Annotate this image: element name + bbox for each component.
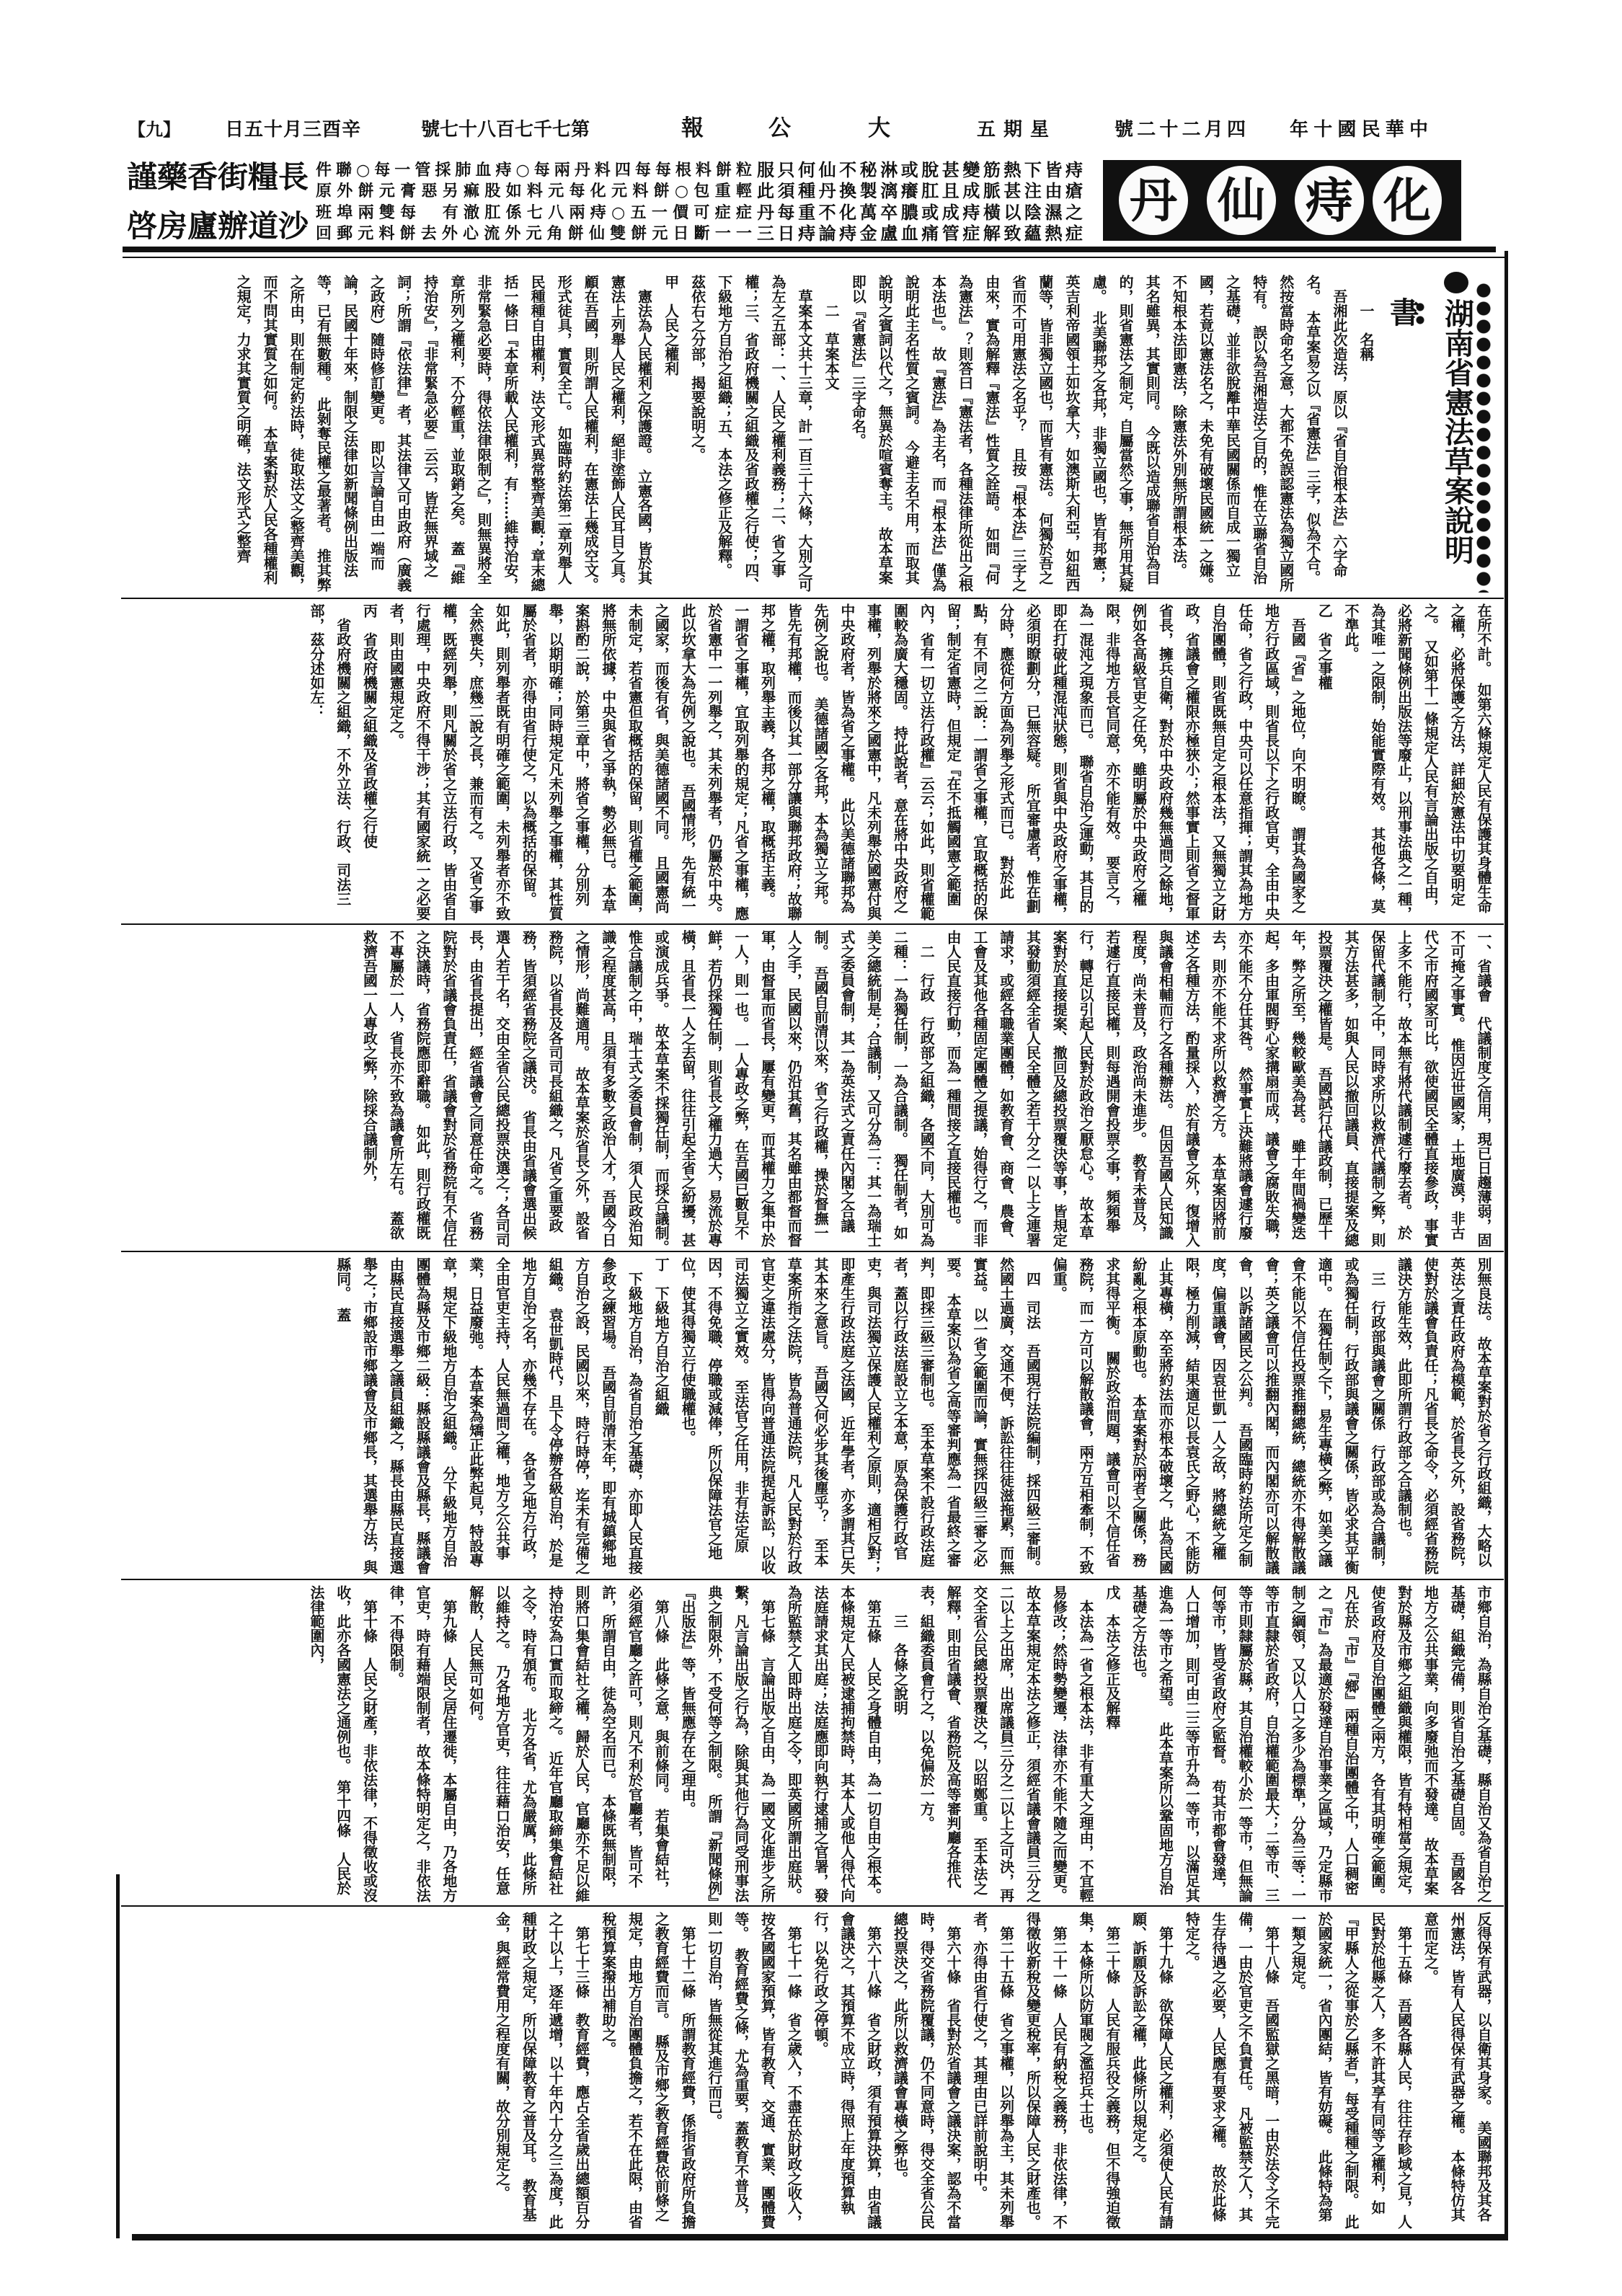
article-paragraph: 市鄉自治，為縣自治之基礎，縣自治又為省自治之基礎，組織完備，則省自治之基礎自固。… [1125,1585,1497,1905]
article-paragraph: 本法為一省之根本法，非有重大之理由，不宜輕易修改；然時勢變遷，法律亦不能不隨之而… [913,1585,1099,1905]
ad-copy-row: 瘡由注甚脈成且肛癢漓製換丹種須此 [757,181,1083,201]
article-paragraph: 第七十三條 教育經費，應占全省歲出總額百分之十以上，逐年遞增，以十年內十分之三為… [489,1912,595,2232]
ad-price-row: 症症可價一五○痔兩八七係肛澈有 每雙兩埠班 [316,203,752,223]
section-heading: 二 草案本文 [817,275,844,595]
article-paragraph: 第二十條 人民有服兵役之義務，但不得強迫徵集，本條所以防軍閥之濫招兵士也。 [1072,1912,1125,2232]
ad-price-row: 粒餅料根每每四料丹兩每○痔血肺採管一每○聯件 [316,160,752,180]
article-paragraph: 憲法為人民權利之保護證。 立憲各國，皆於其憲法上列舉人民之權利，絕非塗飾人民耳目… [229,275,657,595]
masthead-date-gregorian: 中華民國十年 [1290,118,1428,141]
section-heading: 一 名稱 [1352,275,1379,595]
article-paragraph: 第五條 人民之身體自由，為一切自由之根本。 本條規定人民被逮捕拘禁時，其本人或他… [780,1585,886,1905]
ad-bottom-thin-rule [123,257,1505,258]
masthead-month-day: 四月二十二號 [1114,118,1246,141]
title-ornament-dot [1444,272,1468,293]
tier-divider [121,1905,1504,1907]
article-tier-3: 一、省議會 代議制度之信用，現已日趨薄弱，固不可掩之事實。 惟因近世國家，土地廣… [118,930,1497,1250]
title-dot-ornament [1476,283,1492,593]
ad-title-char: 丹 [1119,166,1188,235]
article-paragraph: 第七十一條 省之歲入，不盡在於財政之收入，按各國國家預算，皆有教育、交通、實業、… [701,1912,807,2232]
ad-title-char: 痔 [1295,166,1364,235]
tier-divider [121,598,1504,599]
tier-divider [121,1251,1504,1252]
article-tier-5: 市鄉自治，為縣自治之基礎，縣自治又為省自治之基礎，組織完備，則省自治之基礎自固。… [118,1585,1497,1905]
masthead-paper-name-char: 報 [681,115,704,141]
article-paragraph: 第六十條 省長對於省議會之議決案，認為不當時，得交省務院覆議，仍不同意時，得交全… [887,1912,966,2232]
article-paragraph: 第七十二條 所謂教育經費，係指省政府所負擔之教育經費而言。 縣及市鄉之教育經費依… [595,1912,701,2232]
article-title-last-char: 書 [1386,297,1419,333]
ad-title-char: 化 [1373,166,1442,235]
ad-seller-row: 長糧街香藥謹 [130,159,309,196]
section-heading: 丙 省政府機關之組織及省政權之行使 [356,603,383,923]
section-heading: 戊 本法之修正及解釋 [1099,1585,1125,1905]
article-paragraph: 第十五條 吾國各縣人民，往往存畛域之見，人民對於他縣之人，多不許其享有同等之權利… [1285,1912,1417,2232]
article-paragraph: 第十條 人民之財產，非依法律，不得徵收或沒收，此亦各國憲法之通例也。 第十四條 … [303,1585,382,1905]
masthead-paper-name-char: 大 [868,115,890,141]
article-tier-2: 在所不計。 如第六條規定人民有保護其身體生命之權，必將保護之方法，詳細於憲法中切… [118,603,1497,923]
article-tier-1: 一 名稱吾湘此次造法，原以『省自治根本法』六字命名。 本草案易之以『省憲法』三字… [122,275,1379,595]
article-paragraph: 第二十一條 人民有納稅之義務，非依法律，不得徵收新稅及變更稅率，所以保障人民之財… [1019,1912,1073,2232]
article-paragraph: 第十九條 欲保障人民之權利，必須使人民有請願、訴願及訴訟之權，此條所以規定之。 [1125,1912,1179,2232]
tier-divider [121,1579,1504,1580]
article-tier-6: 反得保有武器，以自衛其身家。 美國聯邦及其各州憲法，皆有人民得保有武器之權。 本… [118,1912,1497,2232]
article-paragraph: 吾國『省』之地位，向不明瞭。 謂其為國家之地方行政區域，則省長以下之行政官吏，全… [383,603,1311,923]
ad-copy-row: 痔皆下熱筋變甚脫或淋秘不仙何只服 [757,160,1083,180]
masthead-date-lunar: 辛酉三月十五日 [225,118,360,141]
article-paragraph: 四 司法 吾國現行法院編制，採四級三審制。 然國土過廣，交通不便，訴訟往往徒滋拖… [674,1257,1045,1577]
ad-price-row: 輕重包○餅料元化每元料如股痲另惡膏元餅外原 [316,181,752,201]
article-tier-4: 別無良法。 故本草案對於省之行政組織，大略以英法之責任政府為模範，於省長之外，設… [118,1257,1497,1577]
ad-product-title-box: 化 痔 仙 丹 [1103,160,1461,241]
article-paragraph: 在所不計。 如第六條規定人民有保護其身體生命之權，必將保護之方法，詳細於憲法中切… [1337,603,1497,923]
article-paragraph: 別無良法。 故本草案對於省之行政組織，大略以英法之責任政府為模範，於省長之外，設… [1391,1257,1497,1577]
ad-copy-row: 之濕陰以橫痔成或膿卒萬化不重每丹 [757,203,1083,223]
article-paragraph: 一、省議會 代議制度之信用，現已日趨薄弱，固不可掩之事實。 惟因近世國家，土地廣… [939,930,1497,1250]
article-paragraph: 三 行政部與議會之關係 行政部或為合議制，或為獨任制，行政部與議會之關係，皆必求… [1045,1257,1390,1577]
article-paragraph: 第七條 言論出版之自由，為一國文化進步之所繫，凡言論出版之行為，除與其他行為同受… [674,1585,780,1905]
section-heading: 乙 省之事權 [1311,603,1337,923]
section-heading: 三 各條之說明 [887,1585,913,1905]
masthead-weekday: 星期五 [977,118,1049,141]
page-bottom-rule [132,2234,1507,2240]
masthead-page-number: 【九】 [128,118,172,141]
article-paragraph: 第八條 此條之意，與前條同。 若集會結社，必須經官廳之許可，則凡不利於官廳者，皆… [462,1585,674,1905]
article-paragraph: 第六十八條 省之財政，須有預算決算，由省議會議決之，其預算不成立時，得照上年度預… [807,1912,886,2232]
article-title: 湖南省憲法草案說明 [1440,298,1473,572]
article-paragraph: 下級地方自治，為省自治之基礎，亦即人民直接參政之練習場。 吾國自前清末年，即有城… [329,1257,648,1577]
ad-copy-row: 症熱蘊致解症管痛血盧金痔論痔日三 [757,223,1083,244]
ad-title-char: 仙 [1207,166,1276,235]
article-paragraph: 吾湘此次造法，原以『省自治根本法』六字命名。 本草案易之以『省憲法』三字，似為不… [844,275,1352,595]
article-paragraph: 省政府機關之組織，不外立法、行政、司法三部，茲分述如左： [303,603,356,923]
ad-seller-row: 沙道辦廬房啓 [130,208,309,245]
ad-price-row: 一一斷日元餅雙仙餅角元外流心外去餅料元郵回 [316,223,752,244]
article-paragraph: 反得保有武器，以自衛其身家。 美國聯邦及其各州憲法，皆有人民得保有武器之權。 本… [1417,1912,1497,2232]
tier-divider [121,923,1504,925]
ad-bottom-thick-rule [123,247,1496,252]
masthead-paper-name-char: 公 [768,115,791,141]
section-heading: 丁 下級地方自治之組織 [648,1257,675,1577]
article-paragraph: 第二十五條 省之事權，以列舉為主，其未列舉者，亦得由省行使之，其理由已詳前說明中… [966,1912,1019,2232]
article-paragraph: 第九條 人民之居住遷徙，本屬自由，乃各地方官吏，時有藉端限制者，故本條特明定之，… [383,1585,462,1905]
article-paragraph: 第十八條 吾國監獄之黑暗，一由於法令之不完備，一由於官吏之不負責任。 凡被監禁之… [1178,1912,1284,2232]
page-right-border [1504,251,1508,2240]
article-paragraph: 二 行政 行政部之組織，各國不同，大別可為二種：一為獨任制，一為合議制。 獨任制… [356,930,940,1250]
article-paragraph: 草案本文共十三章，計一百三十六條，大別之可為左之五部：一、人民之權利義務；二、省… [684,275,817,595]
masthead-issue-number: 第七千七百八十七號 [433,118,590,141]
section-heading: 甲 人民之權利 [657,275,683,595]
title-small-dots [1416,303,1424,327]
